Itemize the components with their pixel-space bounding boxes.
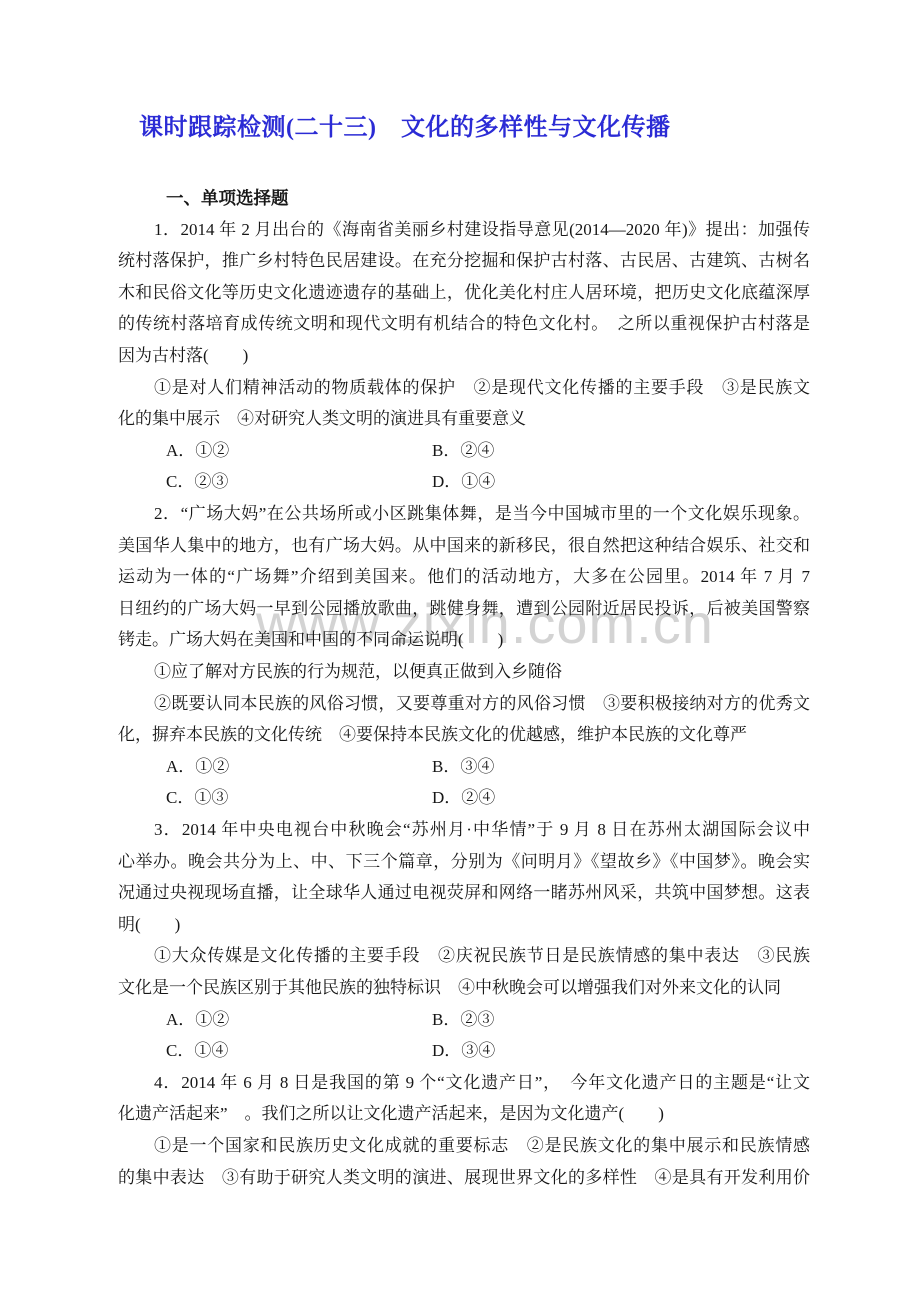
option-choice: B．②④ <box>432 435 494 467</box>
option-choice: B．②③ <box>432 1004 494 1036</box>
text-line: ①是对人们精神活动的物质载体的保护 ②是现代文化传播的主要手段 ③是民族文 <box>118 372 810 404</box>
text-line: 化，摒弃本民族的文化传统 ④要保持本民族文化的优越感，维护本民族的文化尊严 <box>118 719 810 751</box>
text-line: 化遗产活起来” 。我们之所以让文化遗产活起来，是因为文化遗产( ) <box>118 1098 810 1130</box>
option-choice: D．③④ <box>432 1035 495 1067</box>
option-choice: D．①④ <box>432 466 495 498</box>
section-header: 一、单项选择题 <box>118 182 858 214</box>
text-line: 的集中表达 ③有助于研究人类文明的演进、展现世界文化的多样性 ④是具有开发利用价 <box>118 1162 810 1194</box>
text-line: 3．2014 年中央电视台中秋晚会“苏州月·中华情”于 9 月 8 日在苏州太湖… <box>118 814 810 846</box>
text-line: ①是一个国家和民族历史文化成就的重要标志 ②是民族文化的集中展示和民族情感 <box>118 1130 810 1162</box>
option-choice: C．①③ <box>166 782 228 814</box>
option-choice: A．①② <box>166 751 229 783</box>
options-row: A．①②B．③④ <box>118 751 810 783</box>
text-line: 铐走。广场大妈在美国和中国的不同命运说明( ) <box>118 624 810 656</box>
text-line: ①大众传媒是文化传播的主要手段 ②庆祝民族节日是民族情感的集中表达 ③民族 <box>118 940 810 972</box>
text-line: ②既要认同本民族的风俗习惯，又要尊重对方的风俗习惯 ③要积极接纳对方的优秀文 <box>118 688 810 720</box>
options-row: A．①②B．②④ <box>118 435 810 467</box>
options-row: A．①②B．②③ <box>118 1004 810 1036</box>
text-line: 木和民俗文化等历史文化遗迹遗存的基础上，优化美化村庄人居环境，把历史文化底蕴深厚 <box>118 277 810 309</box>
option-choice: D．②④ <box>432 782 495 814</box>
text-line: 明( ) <box>118 909 810 941</box>
text-line: 统村落保护，推广乡村特色民居建设。在充分挖掘和保护古村落、古民居、古建筑、古树名 <box>118 245 810 277</box>
document-body: 一、单项选择题1．2014 年 2 月出台的《海南省美丽乡村建设指导意见(201… <box>118 0 810 1302</box>
text-line: ①应了解对方民族的行为规范，以便真正做到入乡随俗 <box>118 656 810 688</box>
text-line: 因为古村落( ) <box>118 340 810 372</box>
option-choice: A．①② <box>166 1004 229 1036</box>
options-row: C．②③D．①④ <box>118 466 810 498</box>
option-choice: C．②③ <box>166 466 228 498</box>
options-row: C．①③D．②④ <box>118 782 810 814</box>
text-line: 文化是一个民族区别于其他民族的独特标识 ④中秋晚会可以增强我们对外来文化的认同 <box>118 972 810 1004</box>
text-line: 日纽约的广场大妈一早到公园播放歌曲，跳健身舞，遭到公园附近居民投诉，后被美国警察 <box>118 593 810 625</box>
text-line: 况通过央视现场直播，让全球华人通过电视荧屏和网络一睹苏州风采，共筑中国梦想。这表 <box>118 877 810 909</box>
text-line: 运动为一体的“广场舞”介绍到美国来。他们的活动地方，大多在公园里。2014 年 … <box>118 561 810 593</box>
text-line: 2．“广场大妈”在公共场所或小区跳集体舞，是当今中国城市里的一个文化娱乐现象。 <box>118 498 810 530</box>
text-line: 美国华人集中的地方，也有广场大妈。从中国来的新移民，很自然把这种结合娱乐、社交和 <box>118 530 810 562</box>
text-line: 的传统村落培育成传统文明和现代文明有机结合的特色文化村。 之所以重视保护古村落是 <box>118 308 810 340</box>
option-choice: B．③④ <box>432 751 494 783</box>
document-page: www.zixin.com.cn 课时跟踪检测(二十三) 文化的多样性与文化传播… <box>0 0 920 1302</box>
text-line: 4．2014 年 6 月 8 日是我国的第 9 个“文化遗产日”， 今年文化遗产… <box>118 1067 810 1099</box>
text-line: 1．2014 年 2 月出台的《海南省美丽乡村建设指导意见(2014—2020 … <box>118 214 810 246</box>
options-row: C．①④D．③④ <box>118 1035 810 1067</box>
text-line: 心举办。晚会共分为上、中、下三个篇章，分别为《问明月》《望故乡》《中国梦》。晚会… <box>118 846 810 878</box>
text-line: 化的集中展示 ④对研究人类文明的演进具有重要意义 <box>118 403 810 435</box>
option-choice: C．①④ <box>166 1035 228 1067</box>
option-choice: A．①② <box>166 435 229 467</box>
